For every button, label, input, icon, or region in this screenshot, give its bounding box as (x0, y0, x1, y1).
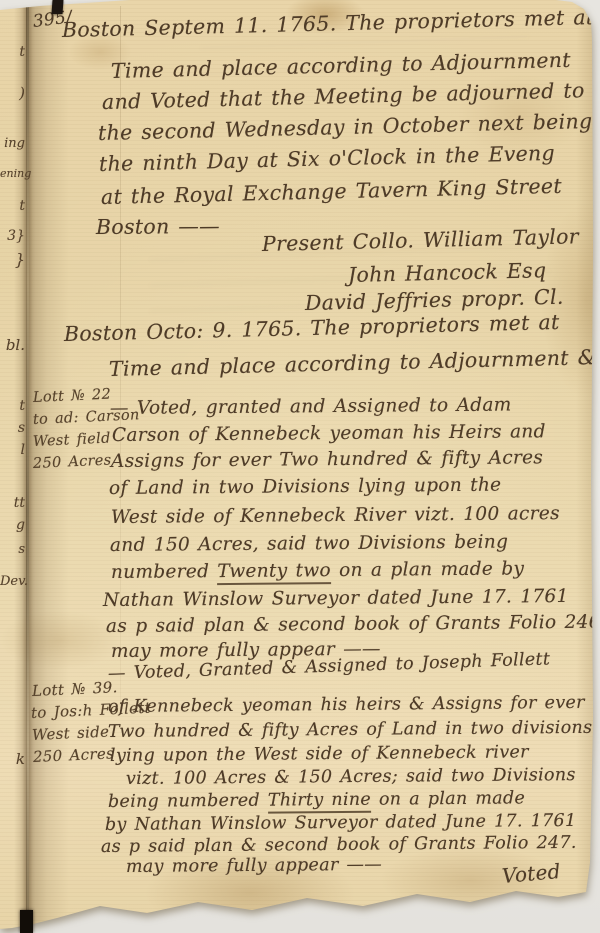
manuscript-line: by Nathan Winslow Surveyor dated June 17… (105, 811, 577, 835)
prev-page-text-fragment: ening (0, 167, 25, 180)
line-text: being numbered (108, 791, 268, 812)
manuscript-line: Nathan Winslow Surveyor dated June 17. 1… (103, 586, 569, 611)
prev-page-text-fragment: g (0, 517, 25, 533)
line-text: on a plan made (371, 788, 525, 809)
underlined-lot-number: Twenty two (217, 560, 331, 585)
manuscript-line: West side of Kennebeck River vizt. 100 a… (111, 503, 560, 528)
manuscript-line: of Land in two Divisions lying upon the (109, 475, 502, 499)
margin-note-line: 250 Acres (33, 744, 115, 766)
binding-thread-top (52, 0, 64, 14)
manuscript-line: Boston Octo: 9. 1765. The proprietors me… (64, 310, 560, 346)
manuscript-line: the second Wednesday in October next bei… (98, 109, 593, 145)
scan-background: t ) ing ening t 3} } bl. t s l tt g s De… (0, 0, 600, 933)
prev-page-text-fragment: tt (0, 495, 25, 511)
margin-note-line: 250 Acres (33, 452, 112, 472)
manuscript-line: as p said plan & second book of Grants F… (106, 612, 600, 637)
manuscript-line: and Voted that the Meeting be adjourned … (102, 78, 585, 114)
prev-page-text-fragment: bl. (0, 336, 25, 354)
manuscript-line: vizt. 100 Acres & 150 Acres; said two Di… (126, 765, 576, 789)
page-edge-shadow (576, 0, 593, 900)
binding-gutter-crease (26, 4, 29, 926)
prev-page-text-fragment: k (0, 750, 25, 768)
manuscript-line: Time and place according to Adjournment … (109, 345, 597, 381)
manuscript-line: numbered Twenty two on a plan made by (111, 558, 524, 583)
manuscript-line: lying upon the West side of Kennebeck ri… (110, 742, 529, 766)
manuscript-line: of Kennebeck yeoman his heirs & Assigns … (108, 693, 585, 717)
prev-page-text-fragment: ing (0, 136, 25, 151)
prev-page-text-fragment: t (0, 44, 25, 60)
prev-page-text-fragment: } (0, 250, 25, 269)
manuscript-line: being numbered Thirty nine on a plan mad… (108, 788, 525, 812)
margin-note-line: Lott № 39. (32, 678, 118, 700)
prev-page-text-fragment: t (0, 198, 25, 214)
line-text: numbered (111, 561, 218, 583)
line-text: on a plan made by (331, 558, 524, 581)
manuscript-line: and 150 Acres, said two Divisions being (110, 532, 508, 556)
manuscript-line: as p said plan & second book of Grants F… (101, 833, 577, 857)
underlined-lot-number: Thirty nine (268, 790, 371, 814)
margin-note-line: West side (32, 723, 110, 744)
manuscript-line: the ninth Day at Six o'Clock in the Even… (99, 141, 556, 176)
manuscript-page: t ) ing ening t 3} } bl. t s l tt g s De… (0, 0, 600, 933)
prev-page-text-fragment: l (0, 442, 25, 458)
prev-page-text-fragment: Dev. (0, 574, 25, 589)
manuscript-line: Boston —— (96, 214, 220, 239)
manuscript-line: may more fully appear —— (126, 855, 382, 877)
attendee-name: John Hancock Esq (348, 258, 547, 287)
prev-page-text-fragment: s (0, 420, 25, 436)
prev-page-text-fragment: t (0, 398, 25, 414)
binding-thread-bottom (20, 910, 33, 933)
manuscript-line: — Voted, granted and Assigned to Adam (110, 394, 512, 419)
prev-page-text-fragment: ) (0, 84, 25, 102)
prev-page-text-fragment: s (0, 542, 25, 557)
manuscript-line: Carson of Kennebeck yeoman his Heirs and (112, 421, 546, 446)
margin-note-line: West field (33, 430, 111, 450)
prev-page-text-fragment: 3} (0, 228, 25, 244)
margin-note-line: Lott № 22 (33, 386, 112, 406)
manuscript-line: at the Royal Exchange Tavern King Street (101, 174, 562, 209)
manuscript-line: Assigns for ever Two hundred & fifty Acr… (111, 447, 543, 472)
catchword: Voted (501, 859, 562, 888)
manuscript-line: Two hundred & fifty Acres of Land in two… (108, 718, 593, 742)
